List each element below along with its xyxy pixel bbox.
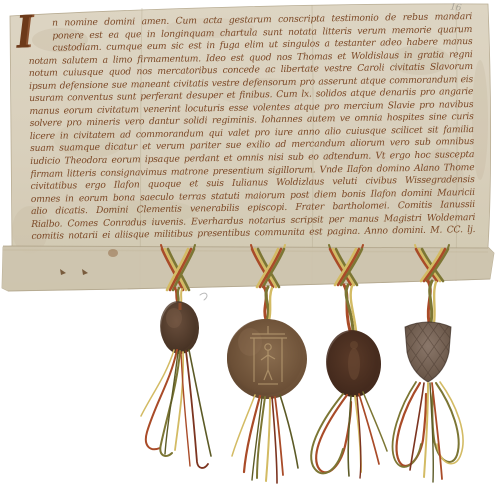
charter-text-lines: n nomine domini amen. Cum acta gestarum … — [28, 11, 475, 244]
tassel-1 — [141, 350, 211, 468]
charter-photo: I n nomine domini amen. Cum acta gestaru… — [0, 0, 500, 500]
seal-3 — [326, 330, 381, 397]
seal-3-figure — [348, 348, 360, 380]
stain — [108, 249, 118, 257]
tassel-2 — [232, 395, 298, 483]
tassel-4 — [393, 382, 463, 482]
tassel-3 — [311, 392, 387, 478]
pencil-annotation: 16 — [450, 2, 462, 13]
seal-2 — [227, 319, 307, 399]
seal-1 — [160, 301, 199, 354]
seal-4 — [386, 312, 470, 390]
